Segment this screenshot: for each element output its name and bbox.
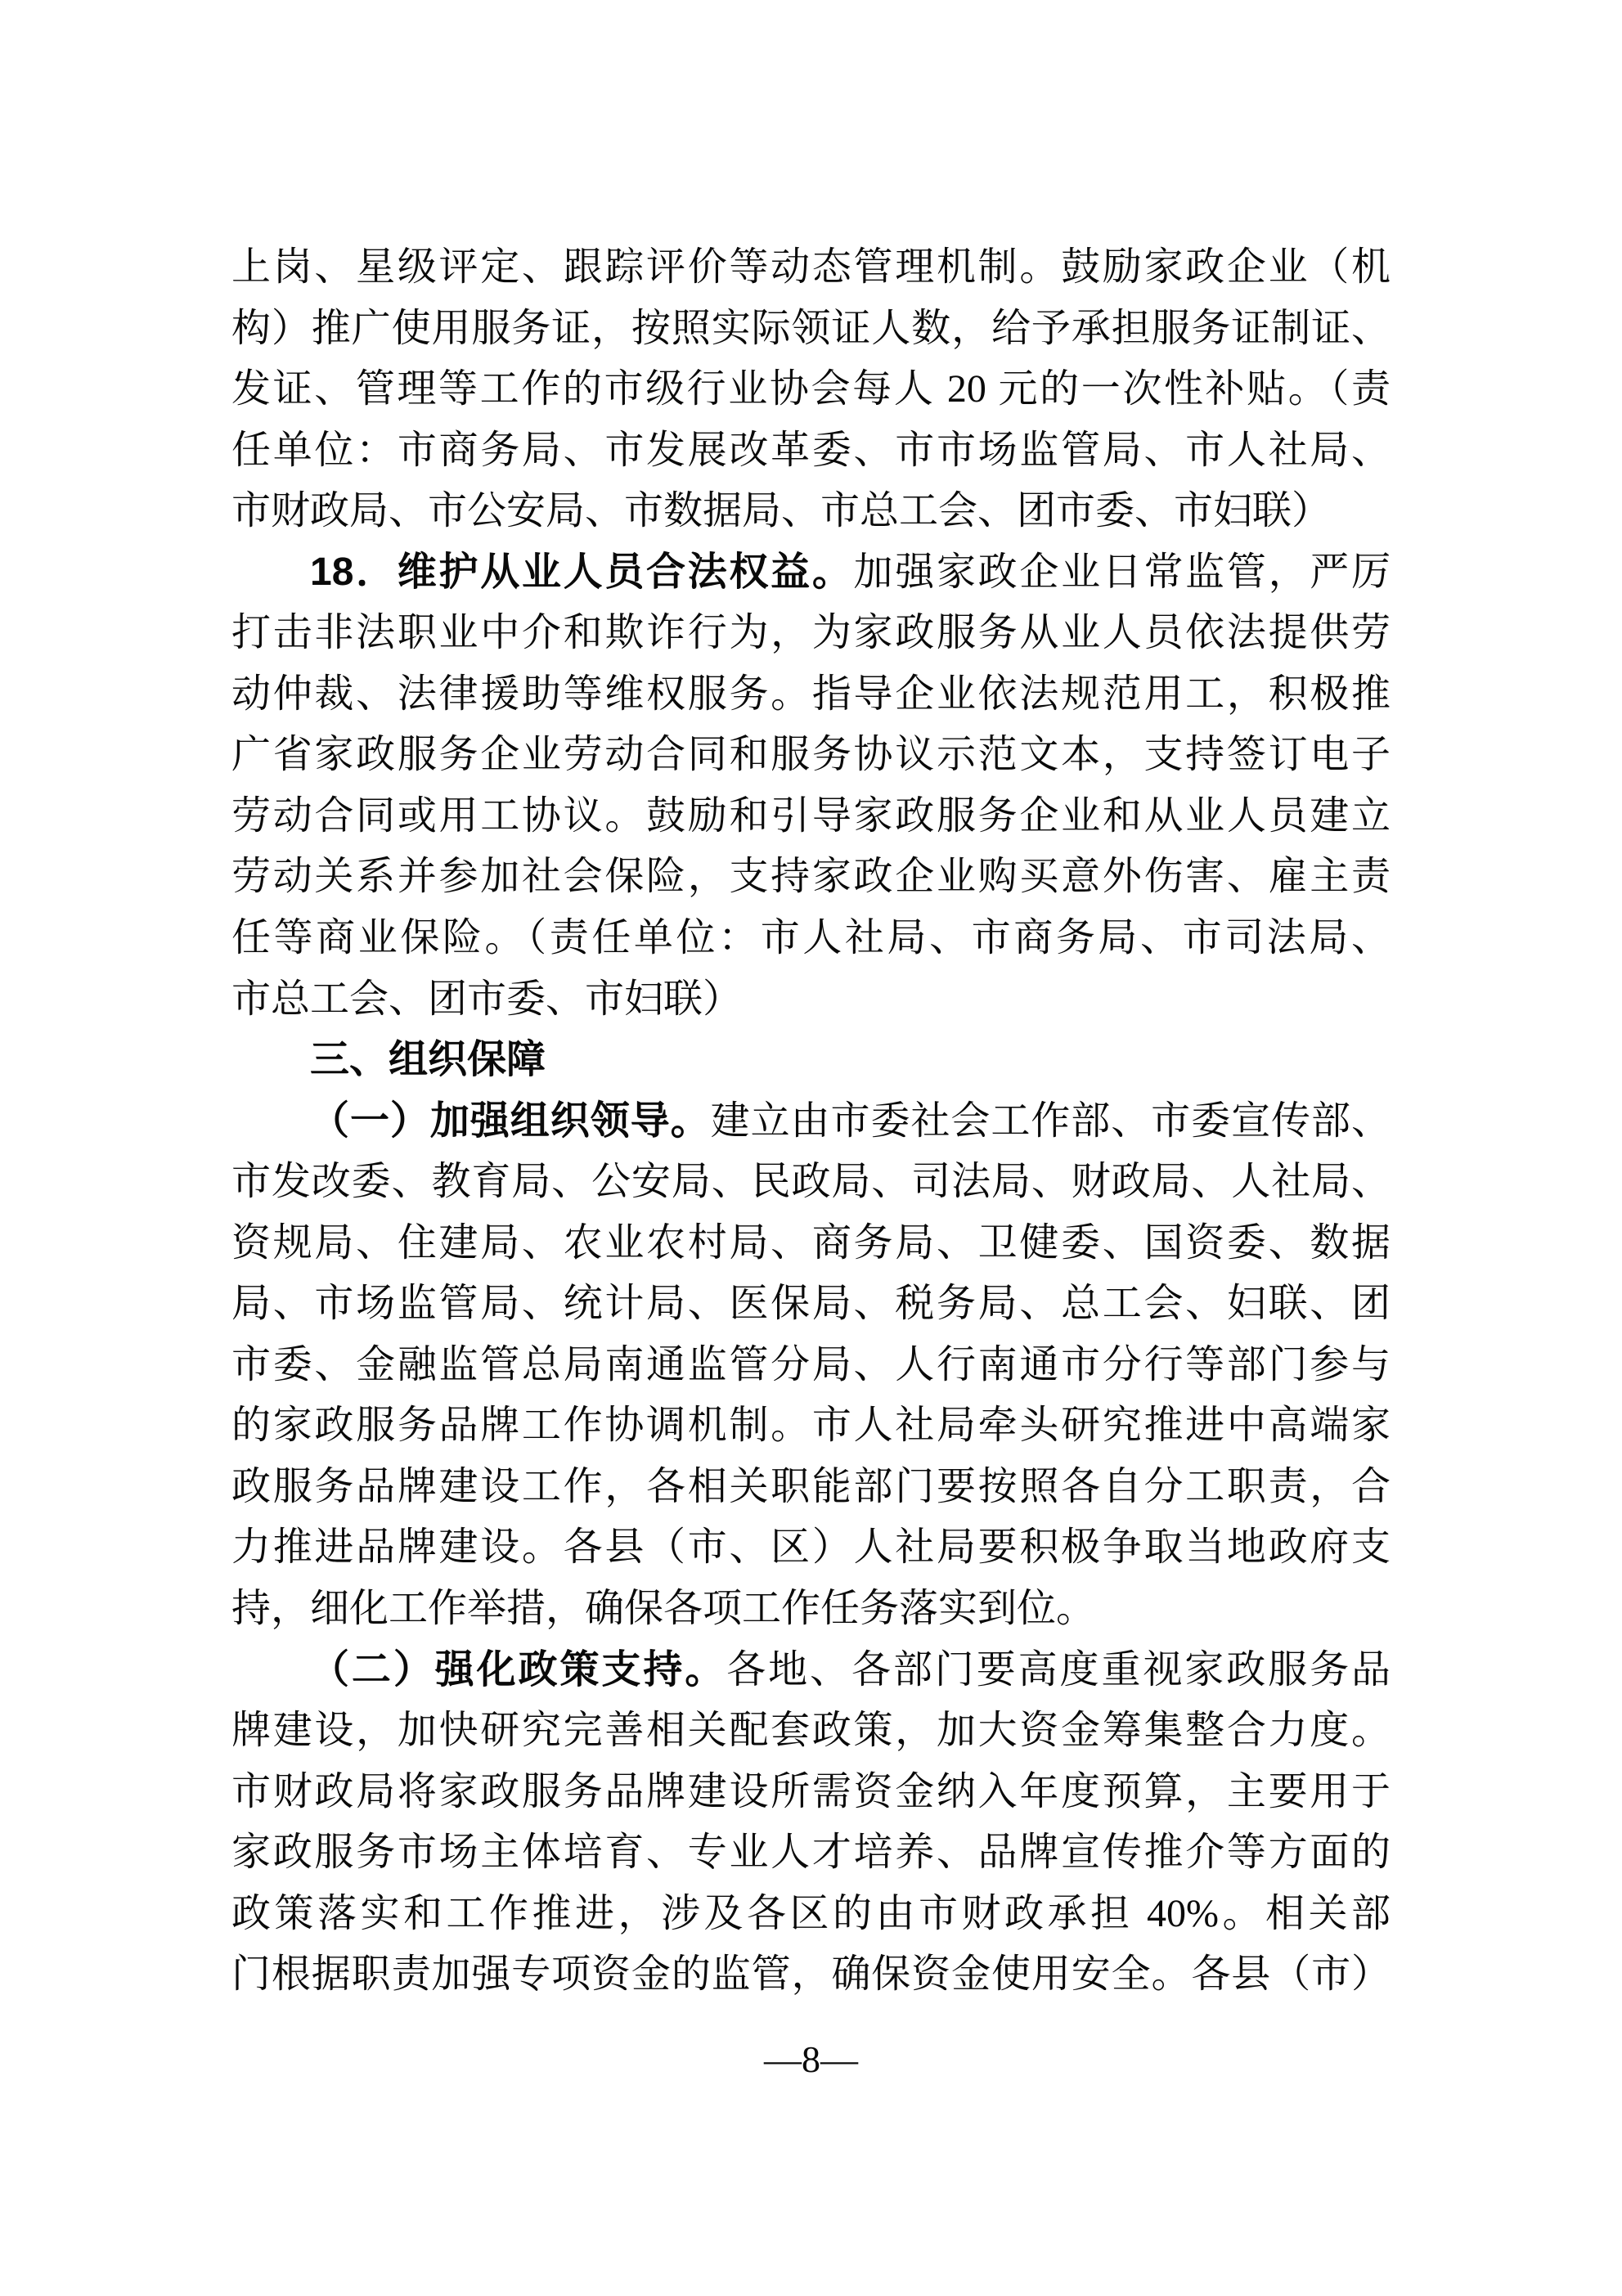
text-run: 劳动合同或用工协议。鼓励和引导家政服务企业和从业人员建立 [231, 794, 1391, 838]
document-page: 上岗、星级评定、跟踪评价等动态管理机制。鼓励家政企业（机构）推广使用服务证，按照… [0, 0, 1622, 2296]
text-run-hei: 18．维护从业人员合法权益。 [310, 550, 854, 594]
text-run: 各地、各部门要高度重视家政服务品 [726, 1648, 1391, 1692]
text-line: 局、市场监管局、统计局、医保局、税务局、总工会、妇联、团 [231, 1274, 1391, 1335]
text-line: 家政服务市场主体培育、专业人才培养、品牌宣传推介等方面的 [231, 1822, 1391, 1884]
text-run: 资规局、住建局、农业农村局、商务局、卫健委、国资委、数据 [231, 1221, 1391, 1265]
text-run: 市财政局将家政服务品牌建设所需资金纳入年度预算，主要用于 [231, 1770, 1391, 1813]
text-run: 动仲裁、法律援助等维权服务。指导企业依法规范用工，积极推 [231, 672, 1391, 716]
text-run: 牌建设，加快研究完善相关配套政策，加大资金筹集整合力度。 [231, 1709, 1391, 1752]
text-line: 劳动合同或用工协议。鼓励和引导家政服务企业和从业人员建立 [231, 786, 1391, 847]
text-run: 打击非法职业中介和欺诈行为，为家政服务从业人员依法提供劳 [231, 611, 1391, 654]
text-line: 动仲裁、法律援助等维权服务。指导企业依法规范用工，积极推 [231, 664, 1391, 726]
text-line: 劳动关系并参加社会保险，支持家政企业购买意外伤害、雇主责 [231, 847, 1391, 908]
text-line: 市财政局、市公安局、市数据局、市总工会、团市委、市妇联） [231, 481, 1391, 542]
text-run: 持，细化工作举措，确保各项工作任务落实到位。 [231, 1587, 1095, 1630]
text-run: 构）推广使用服务证，按照实际领证人数，给予承担服务证制证、 [231, 307, 1391, 350]
text-run: 上岗、星级评定、跟踪评价等动态管理机制。鼓励家政企业（机 [231, 245, 1391, 289]
text-line: 18．维护从业人员合法权益。加强家政企业日常监管，严厉 [231, 542, 1391, 604]
text-line: 牌建设，加快研究完善相关配套政策，加大资金筹集整合力度。 [231, 1701, 1391, 1762]
text-run-hei: 三、组织保障 [310, 1038, 546, 1081]
text-run-kaib: （一）加强组织领导。 [310, 1099, 711, 1143]
text-run: 政策落实和工作推进，涉及各区的由市财政承担 40%。相关部 [231, 1892, 1391, 1935]
text-run: 市财政局、市公安局、市数据局、市总工会、团市委、市妇联） [231, 489, 1331, 532]
text-run-kaib: （二）强化政策支持。 [310, 1648, 726, 1692]
text-line: 广省家政服务企业劳动合同和服务协议示范文本，支持签订电子 [231, 725, 1391, 786]
text-line: 打击非法职业中介和欺诈行为，为家政服务从业人员依法提供劳 [231, 603, 1391, 664]
text-line: 任单位：市商务局、市发展改革委、市市场监管局、市人社局、 [231, 420, 1391, 482]
text-line: 政策落实和工作推进，涉及各区的由市财政承担 40%。相关部 [231, 1884, 1391, 1945]
text-line: 市财政局将家政服务品牌建设所需资金纳入年度预算，主要用于 [231, 1762, 1391, 1823]
text-run: 市总工会、团市委、市妇联） [231, 977, 742, 1021]
text-line: 力推进品牌建设。各县（市、区）人社局要积极争取当地政府支 [231, 1517, 1391, 1579]
text-line: 三、组织保障 [231, 1030, 1391, 1091]
text-run: 门根据职责加强专项资金的监管，确保资金使用安全。各县（市） [231, 1952, 1391, 1996]
text-run: 市发改委、教育局、公安局、民政局、司法局、财政局、人社局、 [231, 1160, 1391, 1203]
text-line: （二）强化政策支持。各地、各部门要高度重视家政服务品 [231, 1640, 1391, 1701]
text-line: 发证、管理等工作的市级行业协会每人 20 元的一次性补贴。（责 [231, 359, 1391, 420]
text-line: 市发改委、教育局、公安局、民政局、司法局、财政局、人社局、 [231, 1152, 1391, 1213]
text-run: 家政服务市场主体培育、专业人才培养、品牌宣传推介等方面的 [231, 1831, 1391, 1874]
text-run: 政服务品牌建设工作，各相关职能部门要按照各自分工职责，合 [231, 1465, 1391, 1508]
text-line: 政服务品牌建设工作，各相关职能部门要按照各自分工职责，合 [231, 1457, 1391, 1518]
page-footer: —8— [0, 2038, 1622, 2081]
text-line: 任等商业保险。（责任单位：市人社局、市商务局、市司法局、 [231, 908, 1391, 969]
page-number: —8— [764, 2038, 858, 2080]
text-line: 持，细化工作举措，确保各项工作任务落实到位。 [231, 1579, 1391, 1640]
text-line: 市总工会、团市委、市妇联） [231, 969, 1391, 1031]
text-line: 的家政服务品牌工作协调机制。市人社局牵头研究推进中高端家 [231, 1395, 1391, 1457]
text-run: 广省家政服务企业劳动合同和服务协议示范文本，支持签订电子 [231, 733, 1391, 776]
text-line: 上岗、星级评定、跟踪评价等动态管理机制。鼓励家政企业（机 [231, 237, 1391, 299]
text-run: 的家政服务品牌工作协调机制。市人社局牵头研究推进中高端家 [231, 1404, 1391, 1447]
text-run: 加强家政企业日常监管，严厉 [854, 550, 1391, 594]
text-run: 发证、管理等工作的市级行业协会每人 20 元的一次性补贴。（责 [231, 367, 1391, 411]
text-run: 建立由市委社会工作部、市委宣传部、 [711, 1099, 1391, 1143]
text-line: 门根据职责加强专项资金的监管，确保资金使用安全。各县（市） [231, 1944, 1391, 2006]
text-run: 力推进品牌建设。各县（市、区）人社局要积极争取当地政府支 [231, 1525, 1391, 1569]
text-line: 构）推广使用服务证，按照实际领证人数，给予承担服务证制证、 [231, 299, 1391, 360]
text-line: 资规局、住建局、农业农村局、商务局、卫健委、国资委、数据 [231, 1213, 1391, 1274]
text-run: 劳动关系并参加社会保险，支持家政企业购买意外伤害、雇主责 [231, 855, 1391, 898]
text-line: 市委、金融监管总局南通监管分局、人行南通市分行等部门参与 [231, 1335, 1391, 1396]
text-run: 任单位：市商务局、市发展改革委、市市场监管局、市人社局、 [231, 429, 1391, 472]
document-body: 上岗、星级评定、跟踪评价等动态管理机制。鼓励家政企业（机构）推广使用服务证，按照… [231, 237, 1391, 2006]
text-run: 市委、金融监管总局南通监管分局、人行南通市分行等部门参与 [231, 1343, 1391, 1386]
text-line: （一）加强组织领导。建立由市委社会工作部、市委宣传部、 [231, 1091, 1391, 1152]
text-run: 局、市场监管局、统计局、医保局、税务局、总工会、妇联、团 [231, 1282, 1391, 1325]
text-run: 任等商业保险。（责任单位：市人社局、市商务局、市司法局、 [231, 916, 1391, 959]
